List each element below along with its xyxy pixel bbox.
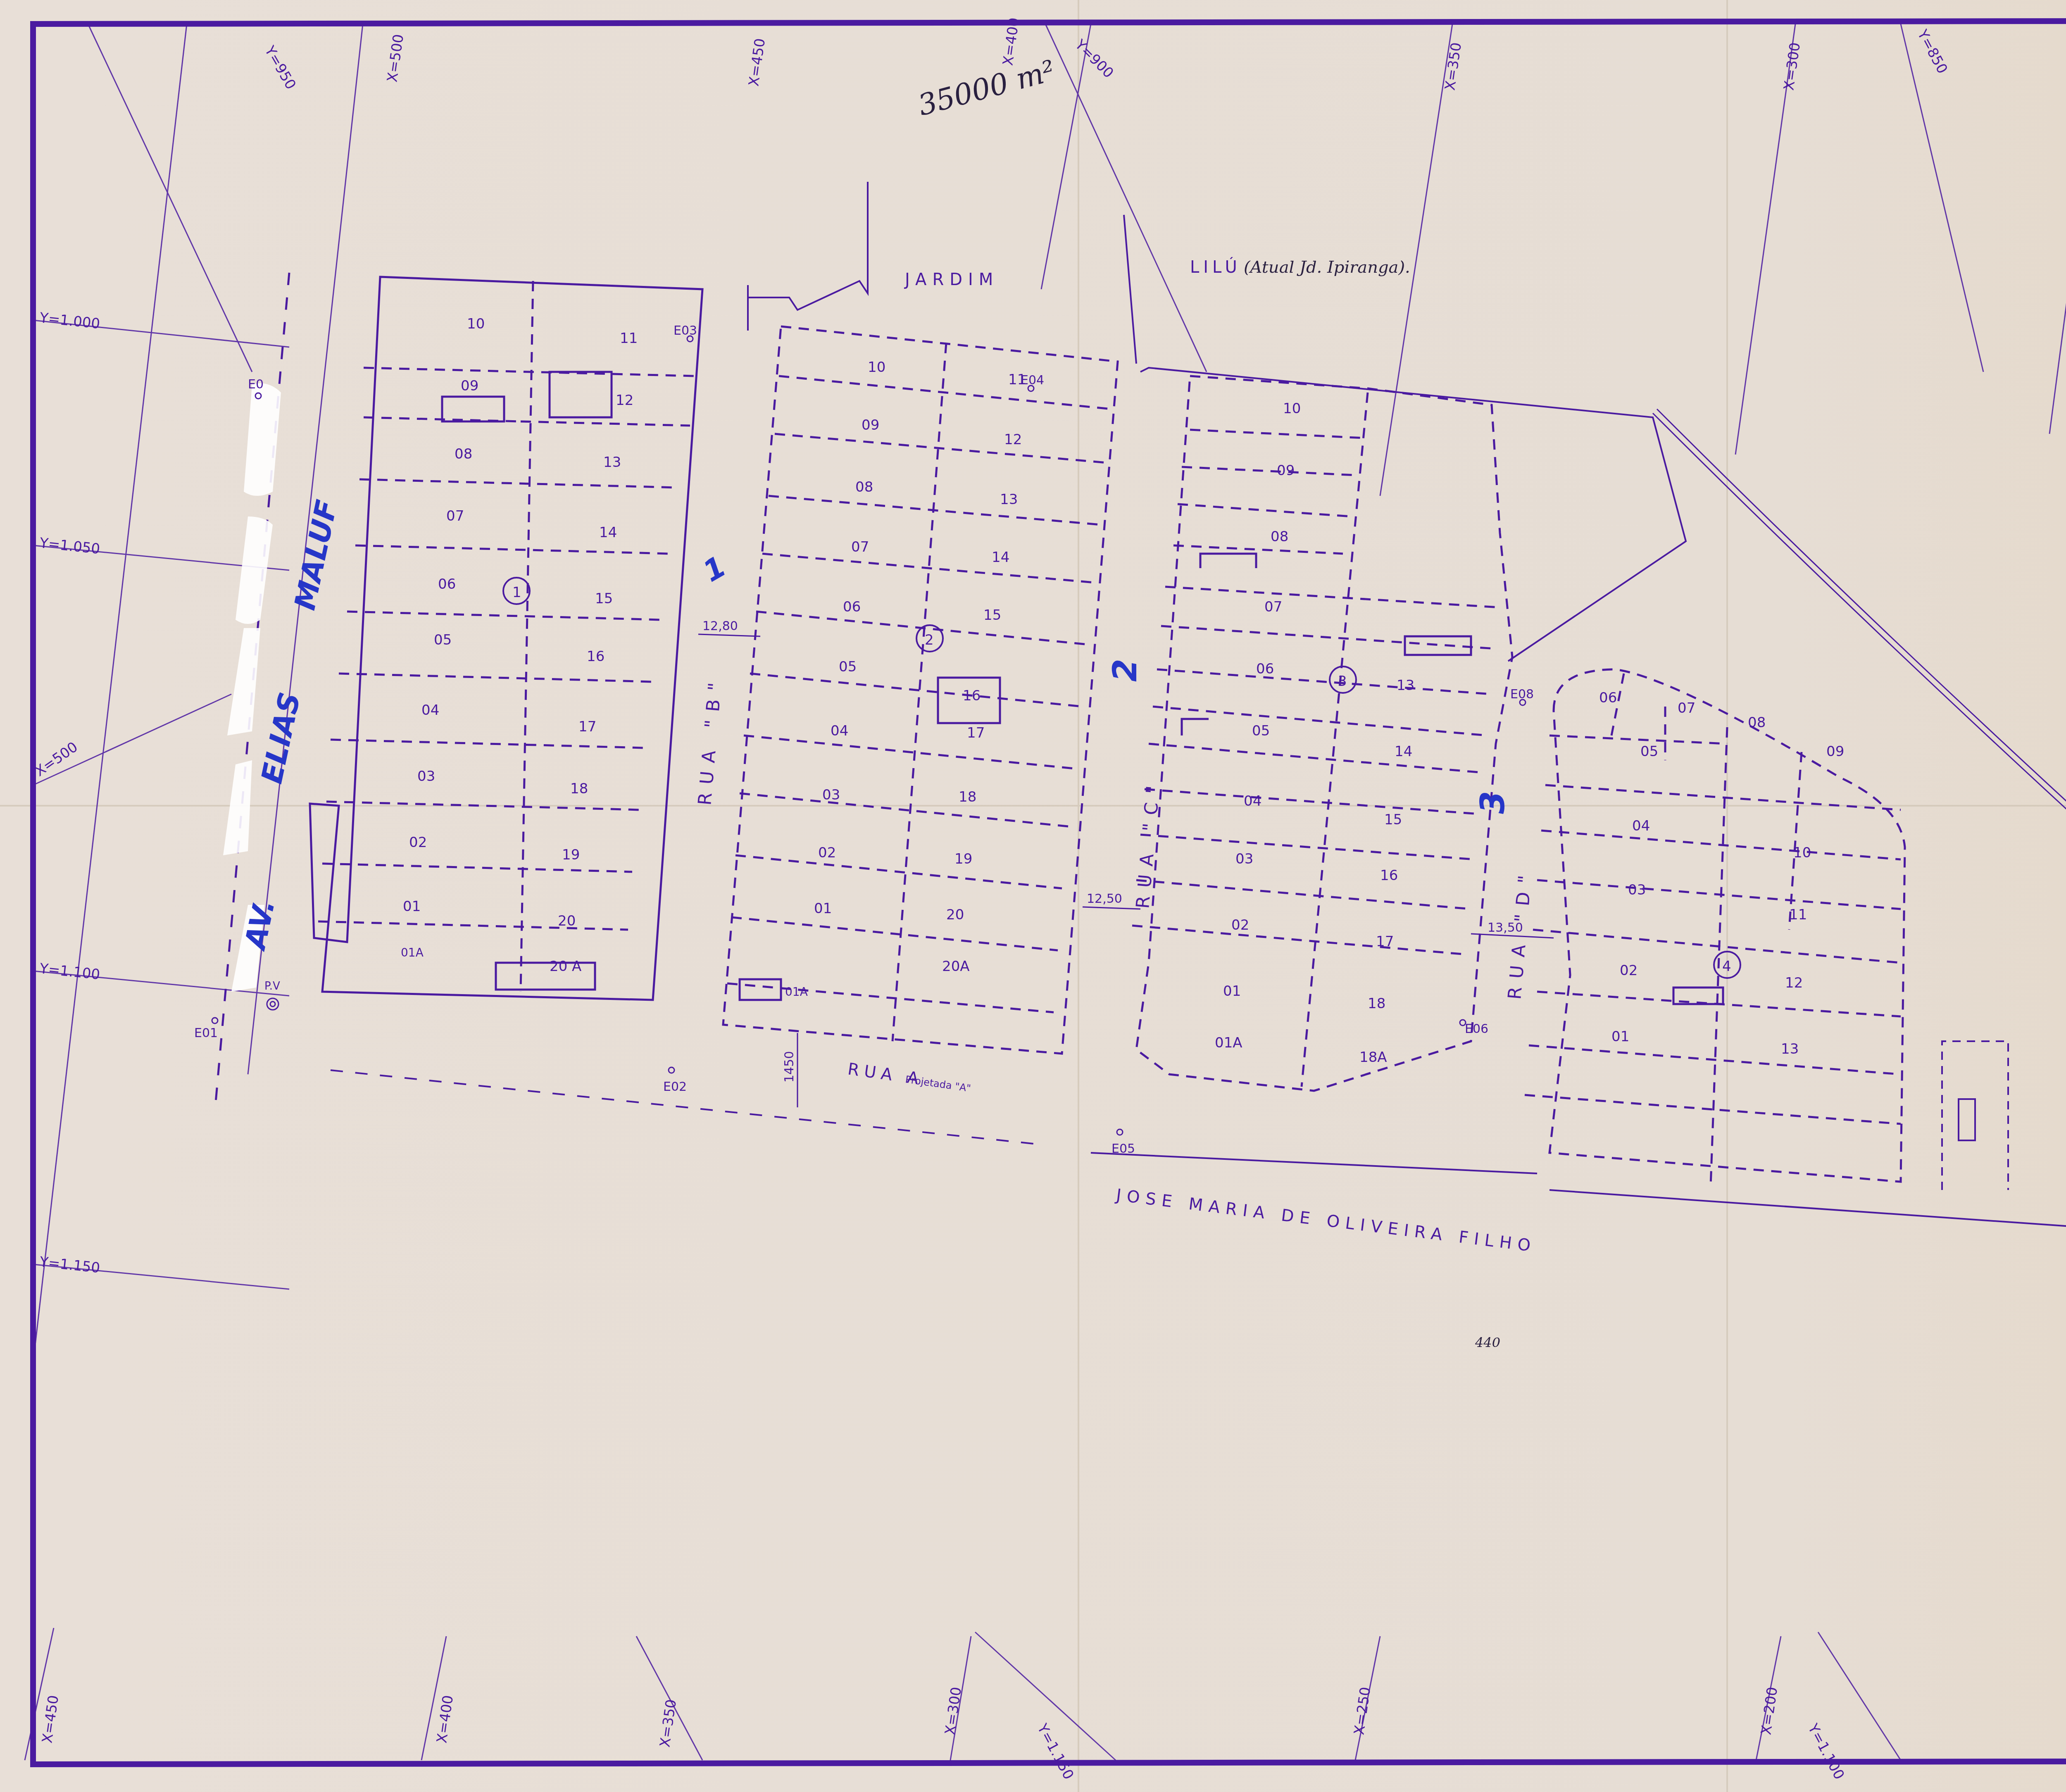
lot-label: 19 [954, 851, 972, 867]
lot-label: 11 [620, 330, 638, 347]
station-label: E01 [194, 1026, 218, 1040]
lot-label: 01 [1223, 983, 1241, 1000]
lot-label: 15 [595, 590, 613, 607]
lot-label: 05 [1252, 723, 1270, 739]
avenue-name-maluf: MALUF [288, 497, 344, 613]
lot-label: 16 [1380, 867, 1398, 884]
dimension-label: 13,50 [1488, 921, 1523, 935]
grid-label: X=300 [1780, 41, 1804, 91]
lot-label: 04 [1244, 793, 1261, 809]
lot-label: 03 [417, 768, 435, 785]
lot-label: 06 [843, 599, 861, 615]
block-1 [310, 277, 702, 1000]
lot-label: 18 [570, 781, 588, 797]
railway-line [1653, 409, 2066, 1264]
lot-label: 10 [1283, 400, 1301, 417]
lot-label: 08 [855, 479, 873, 495]
survey-stations: E0 E01 E02 E03 E04 E05 E06 E07 E08 P.V [194, 324, 2066, 1263]
lot-label: 09 [862, 417, 879, 433]
grid-label: X=300 [942, 1686, 965, 1736]
station-label: E08 [1510, 687, 1534, 702]
grid-label: Y=1.100 [38, 960, 101, 983]
lot-label: 01 [403, 898, 421, 915]
block-number: 2 [925, 632, 934, 648]
lot-label: 14 [599, 524, 617, 541]
grid-label: X=500 [32, 739, 81, 780]
lot-label: 07 [851, 539, 869, 555]
lot-label: 07 [1264, 599, 1282, 615]
lot-label: 17 [967, 725, 985, 741]
lot-label: 08 [455, 446, 472, 462]
avenue-prefix: AV. [238, 897, 281, 954]
lot-label: 02 [1620, 962, 1638, 979]
block-2 [723, 326, 1118, 1054]
station-label: E05 [1112, 1142, 1135, 1156]
lot-label: 03 [1628, 882, 1646, 898]
handwritten-block-numbers: 1 2 3 [697, 549, 1512, 814]
lot-label: 18 [1368, 995, 1385, 1012]
grid-label: Y=1.100 [1804, 1721, 1848, 1782]
station-label: E04 [1021, 373, 1044, 388]
grid-label: X=450 [745, 37, 769, 87]
lot-label: 18 [959, 789, 976, 805]
lot-label: 01A [1215, 1035, 1242, 1051]
lot-label: 09 [461, 378, 478, 394]
lot-label: 13 [1397, 677, 1414, 694]
south-boundary [331, 1041, 2066, 1264]
street-label-jose-maria: JOSE MARIA DE OLIVEIRA FILHO [1114, 1185, 1538, 1256]
lot-label: 02 [818, 845, 836, 861]
plat-drawing: Y=950 X=500 X=450 X=400 Y=900 X=350 X=30… [0, 0, 2066, 1792]
lot-label: 17 [1376, 933, 1394, 950]
lot-label: 16 [963, 688, 981, 704]
dimension-label: 12,50 [1087, 892, 1122, 906]
street-label-rua-a-note: Projetada "A" [904, 1073, 971, 1094]
station-label: E03 [674, 324, 697, 338]
lot-label: 04 [1632, 818, 1650, 834]
block-2-structures [740, 678, 1000, 1000]
block-3 [1132, 376, 1512, 1091]
hand-block-number: 2 [1106, 659, 1144, 682]
hand-block-number: 1 [697, 549, 732, 588]
lot-label: 13 [1781, 1041, 1799, 1057]
pv-label: P.V [264, 980, 280, 992]
lot-label: 09 [1826, 743, 1844, 760]
lot-label: 16 [587, 648, 605, 665]
lot-label: 02 [409, 834, 427, 851]
lot-label: 10 [868, 359, 885, 376]
lot-label: 20A [942, 958, 970, 975]
lot-label: 08 [1748, 714, 1766, 731]
block-1-lots: 10 11 09 12 08 13 07 14 06 15 05 16 04 1… [401, 316, 638, 975]
lot-label: 03 [822, 787, 840, 803]
grid-label: Y=1.150 [38, 1254, 101, 1276]
station-label: E02 [663, 1080, 687, 1094]
block-3-lots: 10 09 08 07 06 13 05 14 04 15 03 16 02 1… [1215, 400, 1414, 1066]
grid-label: X=400 [433, 1694, 457, 1744]
grid-label: X=350 [657, 1698, 680, 1748]
lot-label: 07 [1678, 700, 1695, 716]
lot-label: 06 [1256, 661, 1274, 677]
neighborhood-label-lilu: LILÚ [1190, 257, 1241, 277]
lot-label: 20 [558, 913, 576, 929]
area-note: 35000 m² [914, 53, 1059, 122]
lot-label: 12 [1004, 431, 1022, 448]
lot-label: 15 [1384, 812, 1402, 828]
block-number: 3 [1338, 673, 1347, 690]
lot-label: 06 [438, 576, 456, 593]
sheet-border [33, 20, 2066, 1764]
lot-label: 04 [421, 702, 439, 719]
lot-label: 15 [983, 607, 1001, 624]
street-label-rua-b: RUA "B" [694, 673, 726, 806]
avenue-name-elias: ELIAS [255, 689, 307, 786]
lot-label: 17 [578, 719, 596, 735]
grid-label: X=200 [1758, 1686, 1781, 1736]
lot-label: 06 [1599, 690, 1617, 706]
lot-label: 02 [1231, 917, 1249, 933]
neighborhood-note: (Atual Jd. Ipiranga). [1244, 258, 1410, 277]
lot-label: 13 [1000, 491, 1018, 508]
grid-label: X=450 [39, 1694, 62, 1744]
grid-label: Y=1.150 [1034, 1721, 1077, 1782]
lot-label: 12 [616, 392, 633, 409]
lot-label: 01 [814, 900, 832, 917]
lot-label: 14 [1395, 743, 1412, 760]
lot-label: 07 [446, 508, 464, 524]
lot-label: 19 [562, 847, 580, 863]
lot-label: 11 [1789, 907, 1807, 923]
block-4 [1525, 669, 1905, 1186]
lot-label: 20 A [550, 958, 581, 975]
dimension-label: 12,80 [702, 619, 738, 633]
grid-label: X=500 [384, 33, 407, 83]
lot-label: 18A [1359, 1049, 1387, 1066]
lot-label: 04 [831, 723, 848, 739]
grid-label: X=250 [1351, 1686, 1374, 1736]
dimension-label: 1450 [782, 1051, 797, 1083]
lot-label: 10 [1793, 845, 1811, 861]
lot-label: 01A [785, 985, 808, 999]
lot-label: 01A [401, 946, 424, 959]
grid-label: Y=850 [1914, 27, 1951, 76]
neighborhood-label-jardim: JARDIM [904, 270, 999, 289]
lot-label: 01 [1611, 1028, 1629, 1045]
grid-label: Y=1.050 [38, 535, 101, 557]
lot-label: 12 [1785, 975, 1803, 991]
lot-label: 09 [1277, 462, 1295, 479]
lot-label: 20 [946, 907, 964, 923]
block-number: 4 [1722, 958, 1731, 975]
lot-label: 03 [1235, 851, 1253, 867]
lot-label: 05 [1640, 743, 1658, 760]
block-2-lots: 10 11 09 12 08 13 07 14 06 15 05 16 04 1… [785, 359, 1026, 999]
grid-label: X=350 [1442, 41, 1465, 91]
lot-label: 05 [434, 632, 452, 648]
lot-label: 08 [1271, 528, 1288, 545]
lot-label: 10 [467, 316, 485, 332]
station-label: E06 [1465, 1022, 1488, 1036]
station-label: E0 [248, 377, 264, 392]
misc-number: 440 [1475, 1335, 1500, 1350]
lot-label: 13 [603, 454, 621, 471]
block-number: 1 [512, 584, 521, 601]
lot-label: 05 [839, 659, 857, 675]
grid-labels: Y=950 X=500 X=450 X=400 Y=900 X=350 X=30… [32, 17, 2066, 1782]
map-sheet: Y=950 X=500 X=450 X=400 Y=900 X=350 X=30… [0, 0, 2066, 1792]
hand-block-number: 3 [1473, 791, 1512, 814]
north-boundary [748, 182, 1686, 661]
fold-lines [0, 0, 2066, 1792]
lot-label: 14 [992, 549, 1009, 566]
grid-label: Y=1.000 [38, 309, 101, 332]
grid-label: Y=950 [261, 43, 299, 93]
street-label-rua-c: RUA "C" [1132, 777, 1165, 909]
